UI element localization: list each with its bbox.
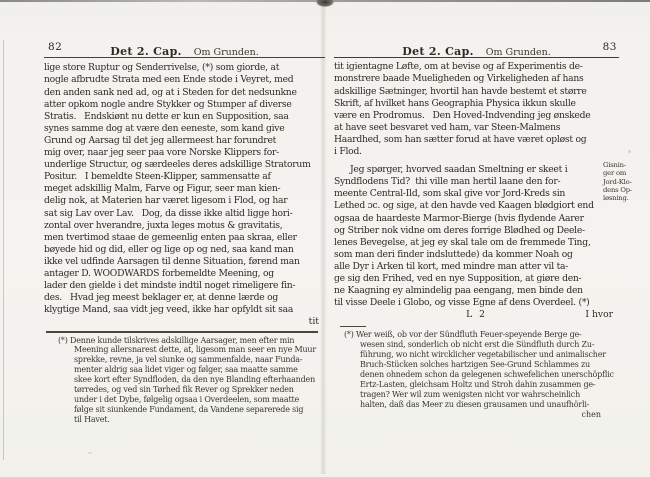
page-83: Det 2. Cap.Om Grunden. 83 tit igientagne… — [334, 40, 619, 420]
footnote-text: (*) Wer weiß, ob vor der Sündfluth Feuer… — [344, 330, 614, 409]
signature-catchword-row: L 2 I hvor — [334, 309, 619, 321]
running-head-right: Det 2. Cap.Om Grunden. 83 — [334, 40, 619, 55]
body-text: lige store Ruptur og Senderrivelse, (*) … — [44, 62, 325, 316]
running-head-chapter: Det 2. Cap. — [402, 45, 473, 58]
catchword: tit — [309, 316, 319, 327]
footnote-catchword: chen — [581, 410, 601, 419]
running-head-section: Om Grunden. — [194, 47, 259, 58]
body-text-paragraph-2: Jeg spørger, hvorved saadan Smeltning er… — [334, 164, 619, 309]
page-number: 82 — [48, 41, 62, 53]
scan-speck — [88, 452, 92, 454]
margin-note: Gisnin- ger om Jord-Klo- dens Op- løsnin… — [603, 161, 649, 202]
catchword-row: tit — [44, 316, 325, 328]
page-number: 83 — [603, 41, 617, 53]
running-head-section: Om Grunden. — [486, 47, 551, 58]
footnote-rule — [340, 326, 366, 327]
scan-speck — [628, 150, 631, 153]
running-head-chapter: Det 2. Cap. — [110, 45, 181, 58]
running-head-left: 82 Det 2. Cap.Om Grunden. — [44, 40, 325, 55]
page-82: 82 Det 2. Cap.Om Grunden. lige store Rup… — [44, 40, 325, 425]
body-text-paragraph-1: tit igientagne Løfte, om at bevise og af… — [334, 61, 619, 158]
book-scan: 82 Det 2. Cap.Om Grunden. lige store Rup… — [0, 0, 650, 477]
footnote-text: (*) Denne kunde tilskrives adskillige Aa… — [58, 336, 320, 425]
signature-mark: L 2 — [334, 309, 619, 320]
footnote-rule — [46, 331, 318, 332]
footnote-catchword-row: chen — [334, 410, 619, 420]
page-edge-line — [3, 40, 4, 460]
catchword: I hvor — [585, 309, 613, 320]
book-gutter-fold-mark — [316, 0, 334, 7]
